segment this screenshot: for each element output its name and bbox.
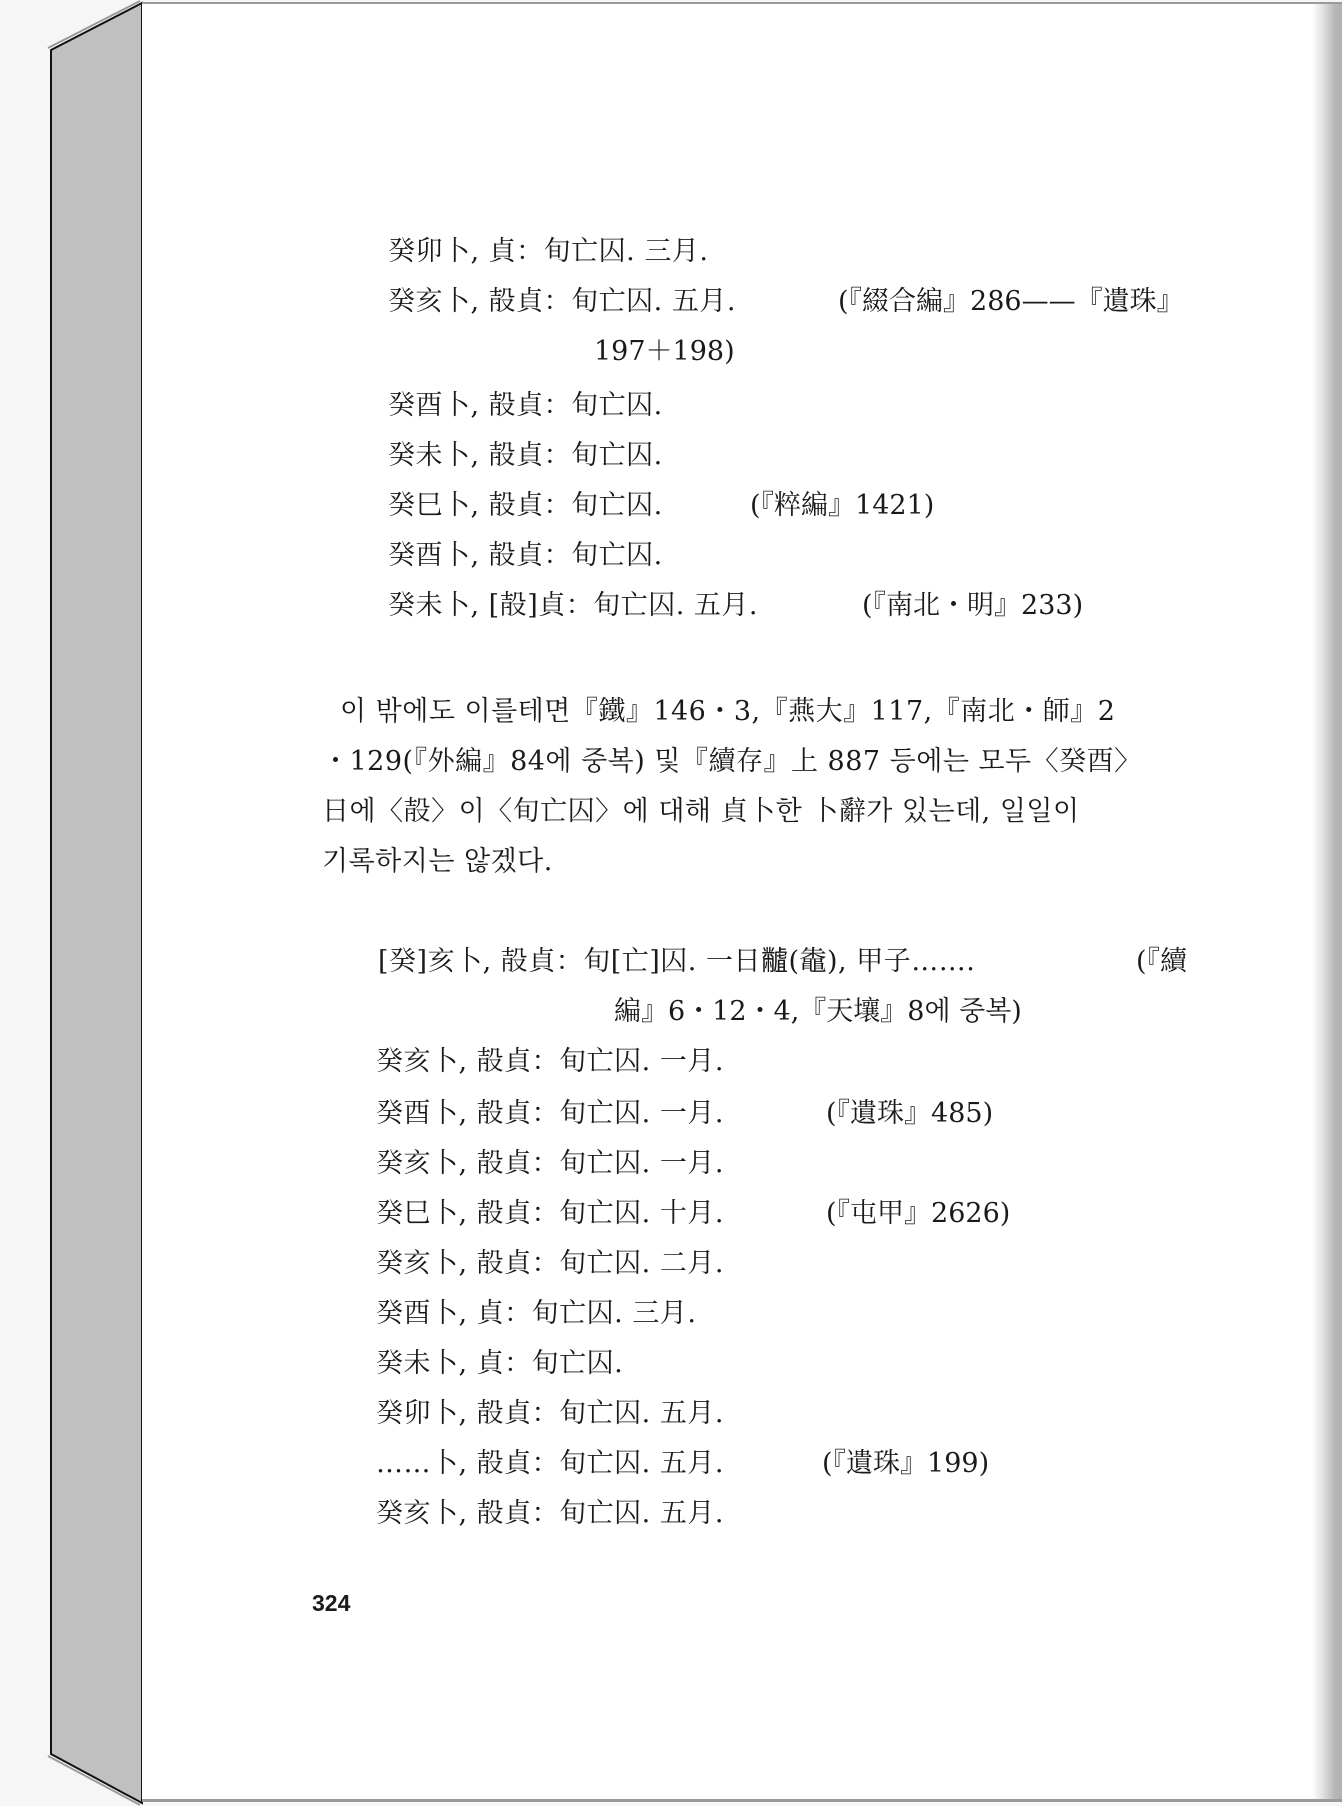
paragraph-line: 日에〈㱿〉이〈旬亡囚〉에 대해 貞卜한 卜辭가 있는데, 일일이 bbox=[322, 794, 1080, 830]
paragraph-line: 이 밖에도 이를테면『鐵』146・3,『燕大』117,『南北・師』2 bbox=[340, 694, 1115, 730]
paragraph-line: ・129(『外編』84에 중복) 및『續存』上 887 등에는 모두〈癸酉〉 bbox=[322, 744, 1142, 780]
inscription-line: [癸]亥卜, 㱿貞：旬[亡]囚. 一日𪓐(鼄), 甲子……. bbox=[378, 944, 975, 980]
inscription-line: 癸卯卜, 㱿貞：旬亡囚. 五月. bbox=[376, 1396, 724, 1432]
page-number: 324 bbox=[312, 1590, 350, 1617]
citation: (『續 bbox=[1136, 944, 1187, 980]
citation-continued: 197＋198) bbox=[594, 334, 735, 370]
citation: (『遺珠』199) bbox=[822, 1446, 989, 1482]
paragraph-line: 기록하지는 않겠다. bbox=[322, 844, 553, 880]
inscription-line: 癸酉卜, 㱿貞：旬亡囚. bbox=[388, 538, 663, 574]
citation: (『粹編』1421) bbox=[750, 488, 934, 524]
book-page bbox=[142, 2, 1342, 1802]
inscription-line: 癸卯卜, 貞：旬亡囚. 三月. bbox=[388, 234, 708, 270]
inscription-line: 癸未卜, 㱿貞：旬亡囚. bbox=[388, 438, 663, 474]
inscription-line: 癸亥卜, 㱿貞：旬亡囚. 一月. bbox=[376, 1044, 724, 1080]
citation: (『遺珠』485) bbox=[826, 1096, 993, 1132]
inscription-line: ……卜, 㱿貞：旬亡囚. 五月. bbox=[376, 1446, 724, 1482]
inscription-line: 癸巳卜, 㱿貞：旬亡囚. 十月. bbox=[376, 1196, 724, 1232]
inscription-line: 癸亥卜, 㱿貞：旬亡囚. 五月. bbox=[376, 1496, 724, 1532]
inscription-line: 癸亥卜, 㱿貞：旬亡囚. 五月. bbox=[388, 284, 736, 320]
inscription-line: 癸酉卜, 㱿貞：旬亡囚. 一月. bbox=[376, 1096, 724, 1132]
citation: (『屯甲』2626) bbox=[826, 1196, 1010, 1232]
citation: (『綴合編』286——『遺珠』 bbox=[838, 284, 1184, 320]
inscription-line: 癸未卜, [㱿]貞：旬亡囚. 五月. bbox=[388, 588, 758, 624]
inscription-line: 癸酉卜, 㱿貞：旬亡囚. bbox=[388, 388, 663, 424]
citation: (『南北・明』233) bbox=[862, 588, 1083, 624]
inscription-line: 癸亥卜, 㱿貞：旬亡囚. 二月. bbox=[376, 1246, 724, 1282]
page-edge-shadow bbox=[1312, 4, 1342, 1799]
inscription-line: 癸巳卜, 㱿貞：旬亡囚. bbox=[388, 488, 663, 524]
inscription-line: 癸酉卜, 貞：旬亡囚. 三月. bbox=[376, 1296, 696, 1332]
inscription-line: 癸未卜, 貞：旬亡囚. bbox=[376, 1346, 623, 1382]
citation-continued: 編』6・12・4,『天壤』8에 중복) bbox=[614, 994, 1022, 1030]
inscription-line: 癸亥卜, 㱿貞：旬亡囚. 一月. bbox=[376, 1146, 724, 1182]
